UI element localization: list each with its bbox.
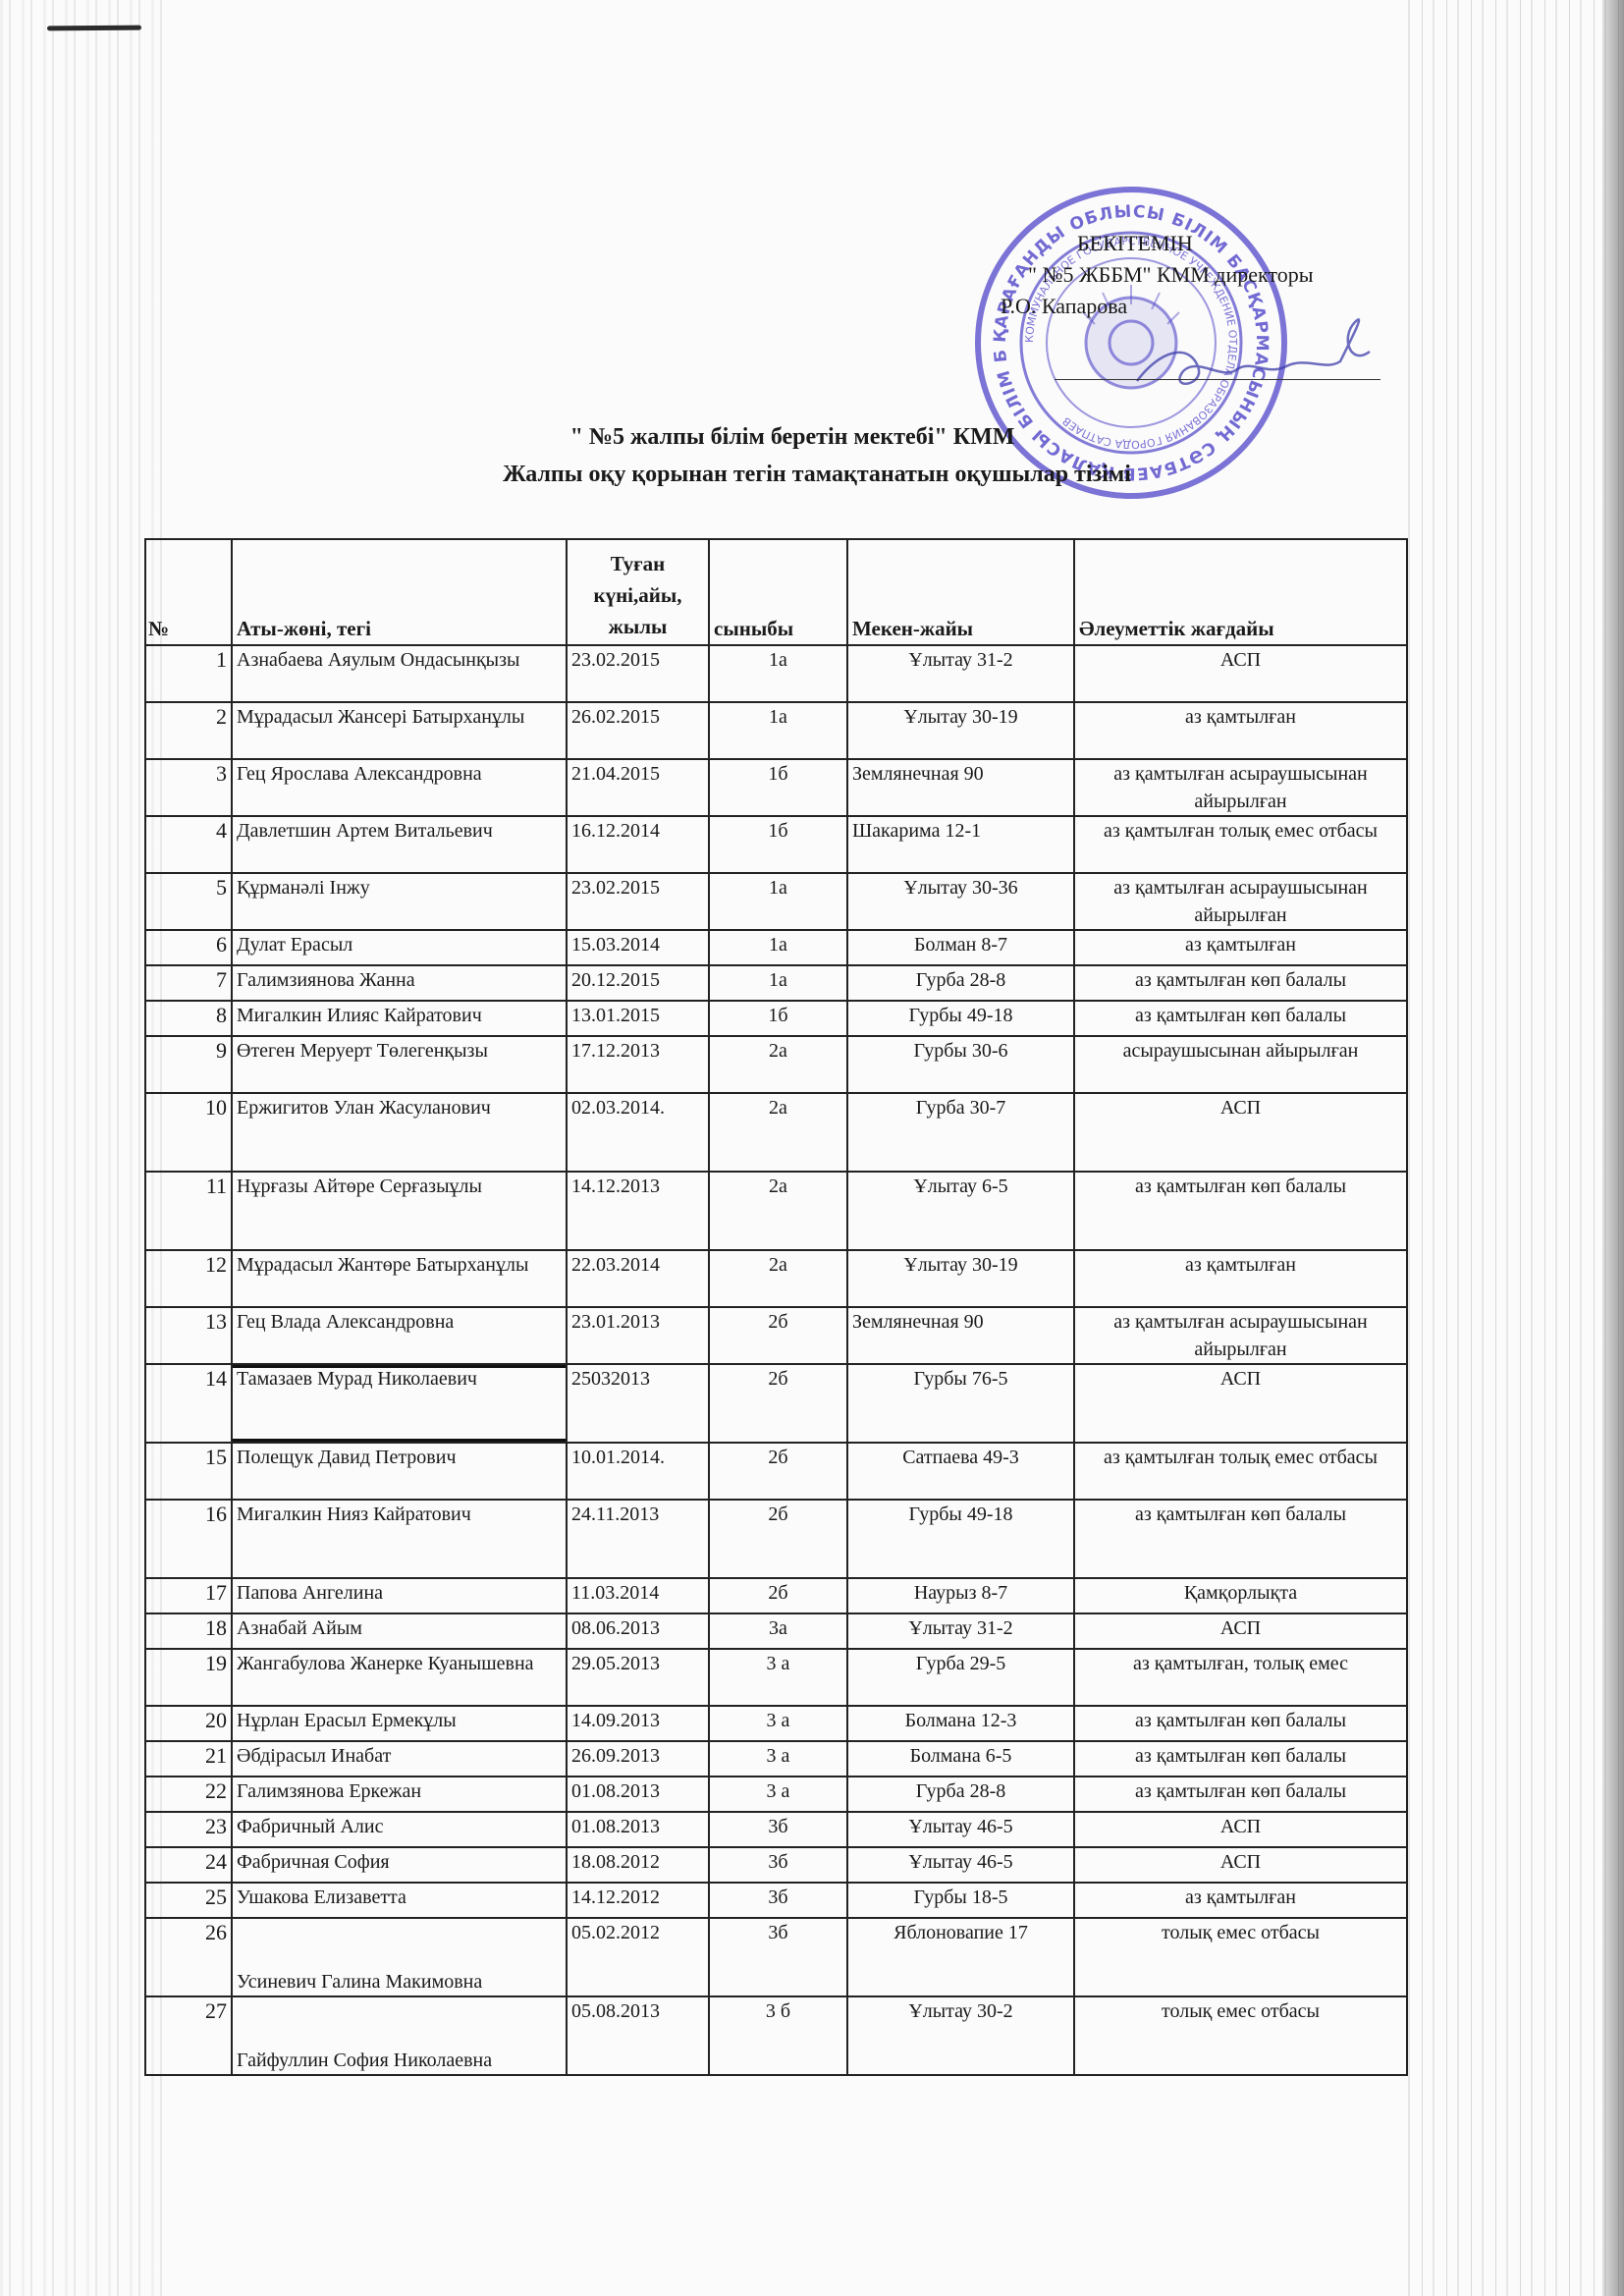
social-status: аз қамтылған асыраушысынан айырылған xyxy=(1074,873,1407,930)
class-grade: 2а xyxy=(709,1093,847,1172)
table-row: 16Мигалкин Нияз Кайратович24.11.20132бГу… xyxy=(145,1500,1407,1578)
class-grade: 2б xyxy=(709,1578,847,1613)
social-status: асыраушысынан айырылған xyxy=(1074,1036,1407,1093)
social-status: аз қамтылған xyxy=(1074,702,1407,759)
row-number: 6 xyxy=(145,930,232,965)
birth-date: 23.01.2013 xyxy=(567,1307,709,1364)
row-number: 17 xyxy=(145,1578,232,1613)
address: Землянечная 90 xyxy=(847,1307,1074,1364)
header-birth-date: Туған күні,айы, жылы xyxy=(567,539,709,645)
table-row: 8Мигалкин Илияс Кайратович13.01.20151бГу… xyxy=(145,1001,1407,1036)
address: Шакарима 12-1 xyxy=(847,816,1074,873)
table-row: 23Фабричный Алис01.08.20133бҰлытау 46-5А… xyxy=(145,1812,1407,1847)
social-status: аз қамтылған көп балалы xyxy=(1074,965,1407,1001)
row-number: 19 xyxy=(145,1649,232,1706)
student-name: Галимзиянова Жанна xyxy=(232,965,567,1001)
table-row: 4Давлетшин Артем Витальевич16.12.20141бШ… xyxy=(145,816,1407,873)
birth-date: 18.08.2012 xyxy=(567,1847,709,1883)
class-grade: 1б xyxy=(709,759,847,816)
birth-date: 26.09.2013 xyxy=(567,1741,709,1777)
header-address: Мекен-жайы xyxy=(847,539,1074,645)
student-name: Ержигитов Улан Жасуланович xyxy=(232,1093,567,1172)
address: Гурбы 18-5 xyxy=(847,1883,1074,1918)
row-number: 18 xyxy=(145,1613,232,1649)
table-row: 14Тамазаев Мурад Николаевич250320132бГур… xyxy=(145,1364,1407,1443)
social-status: аз қамтылған толық емес отбасы xyxy=(1074,1443,1407,1500)
approval-position: " №5 ЖББМ" КММ директоры xyxy=(1028,259,1314,291)
row-number: 23 xyxy=(145,1812,232,1847)
address: Ұлытау 30-36 xyxy=(847,873,1074,930)
table-row: 17Папова Ангелина11.03.20142бНаурыз 8-7Қ… xyxy=(145,1578,1407,1613)
row-number: 4 xyxy=(145,816,232,873)
student-name: Фабричная София xyxy=(232,1847,567,1883)
table-row: 15Полещук Давид Петрович10.01.2014.2бСат… xyxy=(145,1443,1407,1500)
student-name: Мигалкин Нияз Кайратович xyxy=(232,1500,567,1578)
table-row: 21Әбдірасыл Инабат26.09.20133 аБолмана 6… xyxy=(145,1741,1407,1777)
social-status: АСП xyxy=(1074,645,1407,702)
class-grade: 3 а xyxy=(709,1741,847,1777)
address: Болмана 6-5 xyxy=(847,1741,1074,1777)
row-number: 13 xyxy=(145,1307,232,1364)
row-number: 26 xyxy=(145,1918,232,1996)
address: Ұлытау 30-19 xyxy=(847,702,1074,759)
table-row: 7Галимзиянова Жанна20.12.20151аГурба 28-… xyxy=(145,965,1407,1001)
class-grade: 3б xyxy=(709,1883,847,1918)
row-number: 10 xyxy=(145,1093,232,1172)
scan-edge-shadow xyxy=(1602,0,1624,2296)
address: Ұлытау 6-5 xyxy=(847,1172,1074,1250)
address: Землянечная 90 xyxy=(847,759,1074,816)
birth-date: 11.03.2014 xyxy=(567,1578,709,1613)
table-row: 19Жангабулова Жанерке Куанышевна29.05.20… xyxy=(145,1649,1407,1706)
row-number: 5 xyxy=(145,873,232,930)
birth-date: 24.11.2013 xyxy=(567,1500,709,1578)
class-grade: 2б xyxy=(709,1307,847,1364)
social-status: АСП xyxy=(1074,1847,1407,1883)
student-name: Азнабай Айым xyxy=(232,1613,567,1649)
table-row: 22Галимзянова Еркежан01.08.20133 аГурба … xyxy=(145,1777,1407,1812)
birth-date: 08.06.2013 xyxy=(567,1613,709,1649)
address: Болман 8-7 xyxy=(847,930,1074,965)
student-name: Гец Ярослава Александровна xyxy=(232,759,567,816)
student-name: Папова Ангелина xyxy=(232,1578,567,1613)
document-title: " №5 жалпы білім беретін мектебі" КММ xyxy=(0,424,1624,451)
address: Гурба 28-8 xyxy=(847,1777,1074,1812)
address: Ұлытау 46-5 xyxy=(847,1847,1074,1883)
table-row: 24Фабричная София18.08.20123бҰлытау 46-5… xyxy=(145,1847,1407,1883)
row-number: 24 xyxy=(145,1847,232,1883)
address: Гурбы 30-6 xyxy=(847,1036,1074,1093)
birth-date: 15.03.2014 xyxy=(567,930,709,965)
row-number: 22 xyxy=(145,1777,232,1812)
student-name: Усиневич Галина Макимовна xyxy=(232,1918,567,1996)
table-row: 18Азнабай Айым08.06.20133аҰлытау 31-2АСП xyxy=(145,1613,1407,1649)
header-name: Аты-жөні, тегі xyxy=(232,539,567,645)
class-grade: 3а xyxy=(709,1613,847,1649)
student-name: Гайфуллин София Николаевна xyxy=(232,1996,567,2075)
row-number: 3 xyxy=(145,759,232,816)
class-grade: 3б xyxy=(709,1812,847,1847)
student-name: Жангабулова Жанерке Куанышевна xyxy=(232,1649,567,1706)
student-name: Азнабаева Аяулым Ондасынқызы xyxy=(232,645,567,702)
student-name: Тамазаев Мурад Николаевич xyxy=(232,1364,567,1443)
document-subtitle: Жалпы оқу қорынан тегін тамақтанатын оқу… xyxy=(0,462,1624,488)
header-birth-line1: Туған xyxy=(571,548,704,579)
student-name: Әбдірасыл Инабат xyxy=(232,1741,567,1777)
table-row: 26Усиневич Галина Макимовна05.02.20123бЯ… xyxy=(145,1918,1407,1996)
social-status: аз қамтылған толық емес отбасы xyxy=(1074,816,1407,873)
row-number: 20 xyxy=(145,1706,232,1741)
class-grade: 2б xyxy=(709,1500,847,1578)
table-row: 12Мұрадасыл Жантөре Батырханұлы22.03.201… xyxy=(145,1250,1407,1307)
row-number: 9 xyxy=(145,1036,232,1093)
birth-date: 16.12.2014 xyxy=(567,816,709,873)
address: Яблоновапие 17 xyxy=(847,1918,1074,1996)
address: Сатпаева 49-3 xyxy=(847,1443,1074,1500)
class-grade: 3 б xyxy=(709,1996,847,2075)
row-number: 1 xyxy=(145,645,232,702)
table-row: 9Өтеген Меруерт Төлегенқызы17.12.20132аГ… xyxy=(145,1036,1407,1093)
row-number: 8 xyxy=(145,1001,232,1036)
class-grade: 1б xyxy=(709,816,847,873)
row-number: 27 xyxy=(145,1996,232,2075)
student-name: Гец Влада Александровна xyxy=(232,1307,567,1364)
social-status: АСП xyxy=(1074,1093,1407,1172)
student-name: Өтеген Меруерт Төлегенқызы xyxy=(232,1036,567,1093)
row-number: 14 xyxy=(145,1364,232,1443)
social-status: аз қамтылған, толық емес xyxy=(1074,1649,1407,1706)
social-status: аз қамтылған көп балалы xyxy=(1074,1001,1407,1036)
birth-date: 05.02.2012 xyxy=(567,1918,709,1996)
birth-date: 17.12.2013 xyxy=(567,1036,709,1093)
row-number: 11 xyxy=(145,1172,232,1250)
social-status: аз қамтылған xyxy=(1074,1250,1407,1307)
social-status: аз қамтылған xyxy=(1074,1883,1407,1918)
social-status: аз қамтылған асыраушысынан айырылған xyxy=(1074,1307,1407,1364)
table-row: 11Нұрғазы Айтөре Серғазыұлы14.12.20132аҰ… xyxy=(145,1172,1407,1250)
scan-artifact-right xyxy=(1398,0,1624,2296)
table-row: 25Ушакова Елизаветта14.12.20123бГурбы 18… xyxy=(145,1883,1407,1918)
social-status: аз қамтылған xyxy=(1074,930,1407,965)
table-row: 10Ержигитов Улан Жасуланович02.03.2014.2… xyxy=(145,1093,1407,1172)
class-grade: 1а xyxy=(709,645,847,702)
class-grade: 3 а xyxy=(709,1777,847,1812)
table-header-row: № Аты-жөні, тегі Туған күні,айы, жылы сы… xyxy=(145,539,1407,645)
address: Ұлытау 30-19 xyxy=(847,1250,1074,1307)
table-body: 1Азнабаева Аяулым Ондасынқызы23.02.20151… xyxy=(145,645,1407,2075)
address: Гурба 30-7 xyxy=(847,1093,1074,1172)
birth-date: 14.12.2013 xyxy=(567,1172,709,1250)
student-name: Мұрадасыл Жантөре Батырханұлы xyxy=(232,1250,567,1307)
row-number: 12 xyxy=(145,1250,232,1307)
birth-date: 22.03.2014 xyxy=(567,1250,709,1307)
student-name: Мигалкин Илияс Кайратович xyxy=(232,1001,567,1036)
class-grade: 2б xyxy=(709,1443,847,1500)
student-name: Ушакова Елизаветта xyxy=(232,1883,567,1918)
row-number: 2 xyxy=(145,702,232,759)
birth-date: 21.04.2015 xyxy=(567,759,709,816)
class-grade: 2а xyxy=(709,1036,847,1093)
header-status: Әлеуметтік жағдайы xyxy=(1074,539,1407,645)
student-name: Дулат Ерасыл xyxy=(232,930,567,965)
table-row: 5Құрманәлі Інжу23.02.20151аҰлытау 30-36а… xyxy=(145,873,1407,930)
header-birth-line3: жылы xyxy=(571,611,704,642)
social-status: Қамқорлықта xyxy=(1074,1578,1407,1613)
birth-date: 05.08.2013 xyxy=(567,1996,709,2075)
social-status: аз қамтылған көп балалы xyxy=(1074,1500,1407,1578)
birth-date: 14.09.2013 xyxy=(567,1706,709,1741)
approval-block: БЕКІТЕМІН " №5 ЖББМ" КММ директоры Р.О. … xyxy=(1077,228,1314,322)
student-name: Нұрлан Ерасыл Ермекұлы xyxy=(232,1706,567,1741)
birth-date: 23.02.2015 xyxy=(567,645,709,702)
table-row: 27Гайфуллин София Николаевна05.08.20133 … xyxy=(145,1996,1407,2075)
social-status: толық емес отбасы xyxy=(1074,1918,1407,1996)
address: Гурба 29-5 xyxy=(847,1649,1074,1706)
table-row: 3Гец Ярослава Александровна21.04.20151бЗ… xyxy=(145,759,1407,816)
row-number: 16 xyxy=(145,1500,232,1578)
social-status: аз қамтылған көп балалы xyxy=(1074,1741,1407,1777)
student-name: Фабричный Алис xyxy=(232,1812,567,1847)
header-class: сыныбы xyxy=(709,539,847,645)
address: Гурбы 49-18 xyxy=(847,1001,1074,1036)
table-row: 1Азнабаева Аяулым Ондасынқызы23.02.20151… xyxy=(145,645,1407,702)
class-grade: 3б xyxy=(709,1918,847,1996)
class-grade: 1б xyxy=(709,1001,847,1036)
birth-date: 20.12.2015 xyxy=(567,965,709,1001)
class-grade: 2а xyxy=(709,1172,847,1250)
approval-heading: БЕКІТЕМІН xyxy=(1077,228,1314,259)
birth-date: 13.01.2015 xyxy=(567,1001,709,1036)
row-number: 7 xyxy=(145,965,232,1001)
birth-date: 10.01.2014. xyxy=(567,1443,709,1500)
social-status: аз қамтылған көп балалы xyxy=(1074,1777,1407,1812)
social-status: аз қамтылған асыраушысынан айырылған xyxy=(1074,759,1407,816)
class-grade: 2б xyxy=(709,1364,847,1443)
birth-date: 29.05.2013 xyxy=(567,1649,709,1706)
social-status: АСП xyxy=(1074,1812,1407,1847)
students-table: № Аты-жөні, тегі Туған күні,айы, жылы сы… xyxy=(144,538,1408,2076)
address: Ұлытау 46-5 xyxy=(847,1812,1074,1847)
address: Ұлытау 31-2 xyxy=(847,645,1074,702)
class-grade: 2а xyxy=(709,1250,847,1307)
address: Наурыз 8-7 xyxy=(847,1578,1074,1613)
class-grade: 3б xyxy=(709,1847,847,1883)
social-status: аз қамтылған көп балалы xyxy=(1074,1706,1407,1741)
class-grade: 1а xyxy=(709,930,847,965)
social-status: АСП xyxy=(1074,1613,1407,1649)
birth-date: 14.12.2012 xyxy=(567,1883,709,1918)
social-status: аз қамтылған көп балалы xyxy=(1074,1172,1407,1250)
student-name: Нұрғазы Айтөре Серғазыұлы xyxy=(232,1172,567,1250)
student-name: Галимзянова Еркежан xyxy=(232,1777,567,1812)
birth-date: 25032013 xyxy=(567,1364,709,1443)
address: Болмана 12-3 xyxy=(847,1706,1074,1741)
student-name: Давлетшин Артем Витальевич xyxy=(232,816,567,873)
student-name: Мұрадасыл Жансері Батырханұлы xyxy=(232,702,567,759)
birth-date: 01.08.2013 xyxy=(567,1777,709,1812)
row-number: 15 xyxy=(145,1443,232,1500)
social-status: АСП xyxy=(1074,1364,1407,1443)
birth-date: 23.02.2015 xyxy=(567,873,709,930)
student-name: Құрманәлі Інжу xyxy=(232,873,567,930)
table-row: 2Мұрадасыл Жансері Батырханұлы26.02.2015… xyxy=(145,702,1407,759)
class-grade: 1а xyxy=(709,965,847,1001)
scan-mark xyxy=(47,26,141,31)
address: Гурбы 76-5 xyxy=(847,1364,1074,1443)
social-status: толық емес отбасы xyxy=(1074,1996,1407,2075)
row-number: 21 xyxy=(145,1741,232,1777)
student-name: Полещук Давид Петрович xyxy=(232,1443,567,1500)
birth-date: 26.02.2015 xyxy=(567,702,709,759)
header-birth-line2: күні,айы, xyxy=(571,579,704,611)
signature-icon xyxy=(1129,312,1384,401)
class-grade: 3 а xyxy=(709,1649,847,1706)
table-row: 20Нұрлан Ерасыл Ермекұлы14.09.20133 аБол… xyxy=(145,1706,1407,1741)
table-row: 13Гец Влада Александровна23.01.20132бЗем… xyxy=(145,1307,1407,1364)
birth-date: 02.03.2014. xyxy=(567,1093,709,1172)
header-number: № xyxy=(145,539,232,645)
class-grade: 1а xyxy=(709,873,847,930)
class-grade: 1а xyxy=(709,702,847,759)
signature-line xyxy=(1055,379,1380,380)
address: Гурба 28-8 xyxy=(847,965,1074,1001)
address: Ұлытау 30-2 xyxy=(847,1996,1074,2075)
class-grade: 3 а xyxy=(709,1706,847,1741)
address: Ұлытау 31-2 xyxy=(847,1613,1074,1649)
row-number: 25 xyxy=(145,1883,232,1918)
birth-date: 01.08.2013 xyxy=(567,1812,709,1847)
table-row: 6Дулат Ерасыл15.03.20141аБолман 8-7аз қа… xyxy=(145,930,1407,965)
address: Гурбы 49-18 xyxy=(847,1500,1074,1578)
